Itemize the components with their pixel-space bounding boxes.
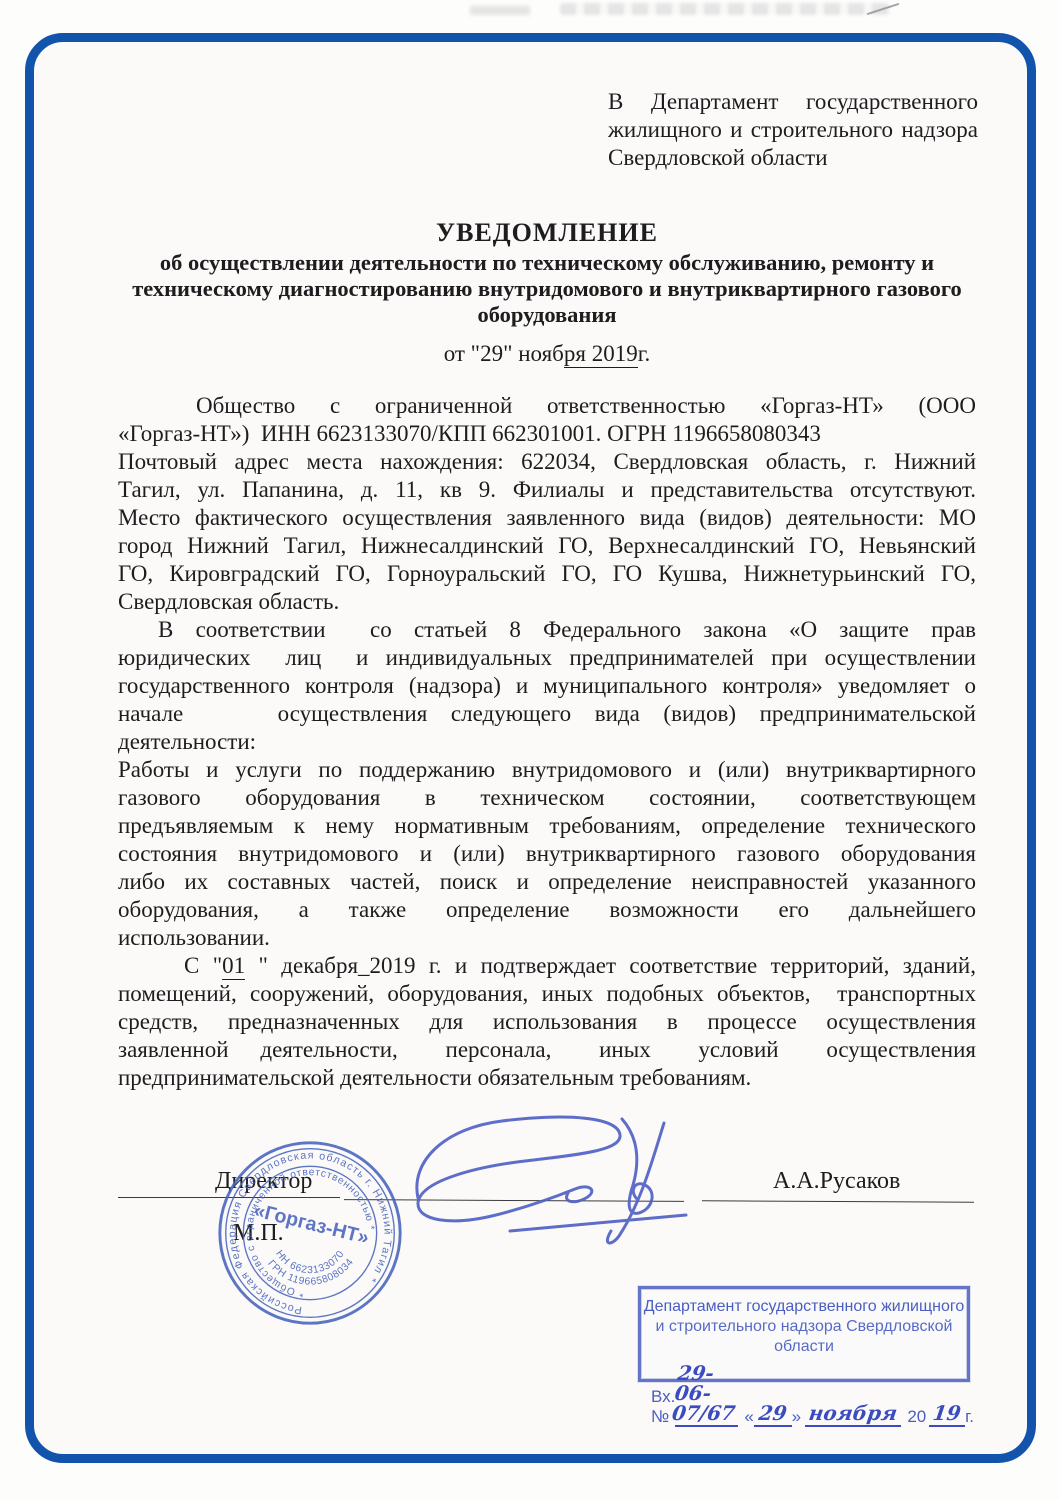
- body-text: Общество с ограниченной ответственностью…: [118, 392, 976, 1092]
- recipient-line: жилищного и строительного надзора: [608, 116, 978, 144]
- body-line: юридических лиц и индивидуальных предпри…: [118, 644, 976, 672]
- quote-close: »: [792, 1407, 801, 1427]
- registration-stamp: Департамент государственного жилищного и…: [638, 1286, 970, 1382]
- year-handwritten: 19: [932, 1403, 963, 1423]
- recipient-line: Свердловской области: [608, 144, 978, 172]
- body-line: деятельности:: [118, 728, 976, 756]
- body-line: средств, предназначенных для использован…: [118, 1008, 976, 1036]
- body-line: Место фактического осуществления заявлен…: [118, 504, 976, 532]
- body-line: «Горгаз-НТ») ИНН 6623133070/КПП 66230100…: [118, 420, 976, 448]
- scan-bleed-artifact: [560, 3, 890, 15]
- month-handwritten: ноября: [808, 1403, 899, 1423]
- body-line: С "01 " декабря_2019 г. и подтверждает с…: [118, 952, 976, 980]
- body-line: предпринимательской деятельности обязате…: [118, 1064, 976, 1092]
- body-line: оборудования, а также определение возмож…: [118, 896, 976, 924]
- body-line: В соответствии со статьей 8 Федерального…: [118, 616, 976, 644]
- body-line: Тагил, ул. Папанина, д. 11, кв 9. Филиал…: [118, 476, 976, 504]
- entry-number-handwritten: 29-06-07/67: [671, 1363, 742, 1423]
- company-round-stamp: Российская Федерация Свердловская област…: [212, 1135, 408, 1331]
- day-handwritten: 29: [757, 1403, 788, 1423]
- stamp-center-text: «Горгаз-НТ»: [252, 1199, 371, 1249]
- body-line: газового оборудования в техническом сост…: [118, 784, 976, 812]
- subtitle-line: оборудования: [110, 302, 984, 328]
- signatory-name: А.А.Русаков: [773, 1168, 900, 1195]
- subtitle-line: техническому диагностированию внутридомо…: [110, 276, 984, 302]
- body-line: предъявляемым к нему нормативным требова…: [118, 812, 976, 840]
- body-line: государственного контроля (надзора) и му…: [118, 672, 976, 700]
- recipient-line: В Департамент государственного: [608, 88, 978, 116]
- body-line: помещений, сооружений, оборудования, ины…: [118, 980, 976, 1008]
- scan-bleed-artifact-small: [470, 6, 530, 15]
- body-line: Почтовый адрес места нахождения: 622034,…: [118, 448, 976, 476]
- year-prefix: 20: [907, 1407, 926, 1427]
- body-line: использовании.: [118, 924, 976, 952]
- document-title: УВЕДОМЛЕНИЕ: [118, 218, 976, 248]
- year-suffix: г.: [965, 1407, 974, 1427]
- document-subtitle: об осуществлении деятельности по техниче…: [110, 250, 984, 328]
- body-line: начале осуществления следующего вида (ви…: [118, 700, 976, 728]
- body-line: Общество с ограниченной ответственностью…: [118, 392, 976, 420]
- registration-stamp-org-line1: Департамент государственного жилищного: [641, 1297, 967, 1317]
- body-line: Свердловская область.: [118, 588, 976, 616]
- subtitle-line: об осуществлении деятельности по техниче…: [110, 250, 984, 276]
- body-line: Работы и услуги по поддержанию внутридом…: [118, 756, 976, 784]
- quote-open: «: [744, 1407, 753, 1427]
- body-line: ГО, Кировградский ГО, Горноуральский ГО,…: [118, 560, 976, 588]
- body-line: либо их составных частей, поиск и опреде…: [118, 868, 976, 896]
- body-line: заявленной деятельности, персонала, иных…: [118, 1036, 976, 1064]
- handwritten-signature: [390, 1103, 700, 1263]
- recipient-block: В Департамент государственногожилищного …: [608, 88, 978, 172]
- body-line: состояния внутридомового и (или) внутрик…: [118, 840, 976, 868]
- scanned-page: В Департамент государственногожилищного …: [0, 0, 1060, 1500]
- registration-stamp-org-line2: и строительного надзора Свердловской обл…: [641, 1317, 967, 1357]
- body-line: город Нижний Тагил, Нижнесалдинский ГО, …: [118, 532, 976, 560]
- date-line: от "29" ноября 2019г.: [118, 341, 976, 367]
